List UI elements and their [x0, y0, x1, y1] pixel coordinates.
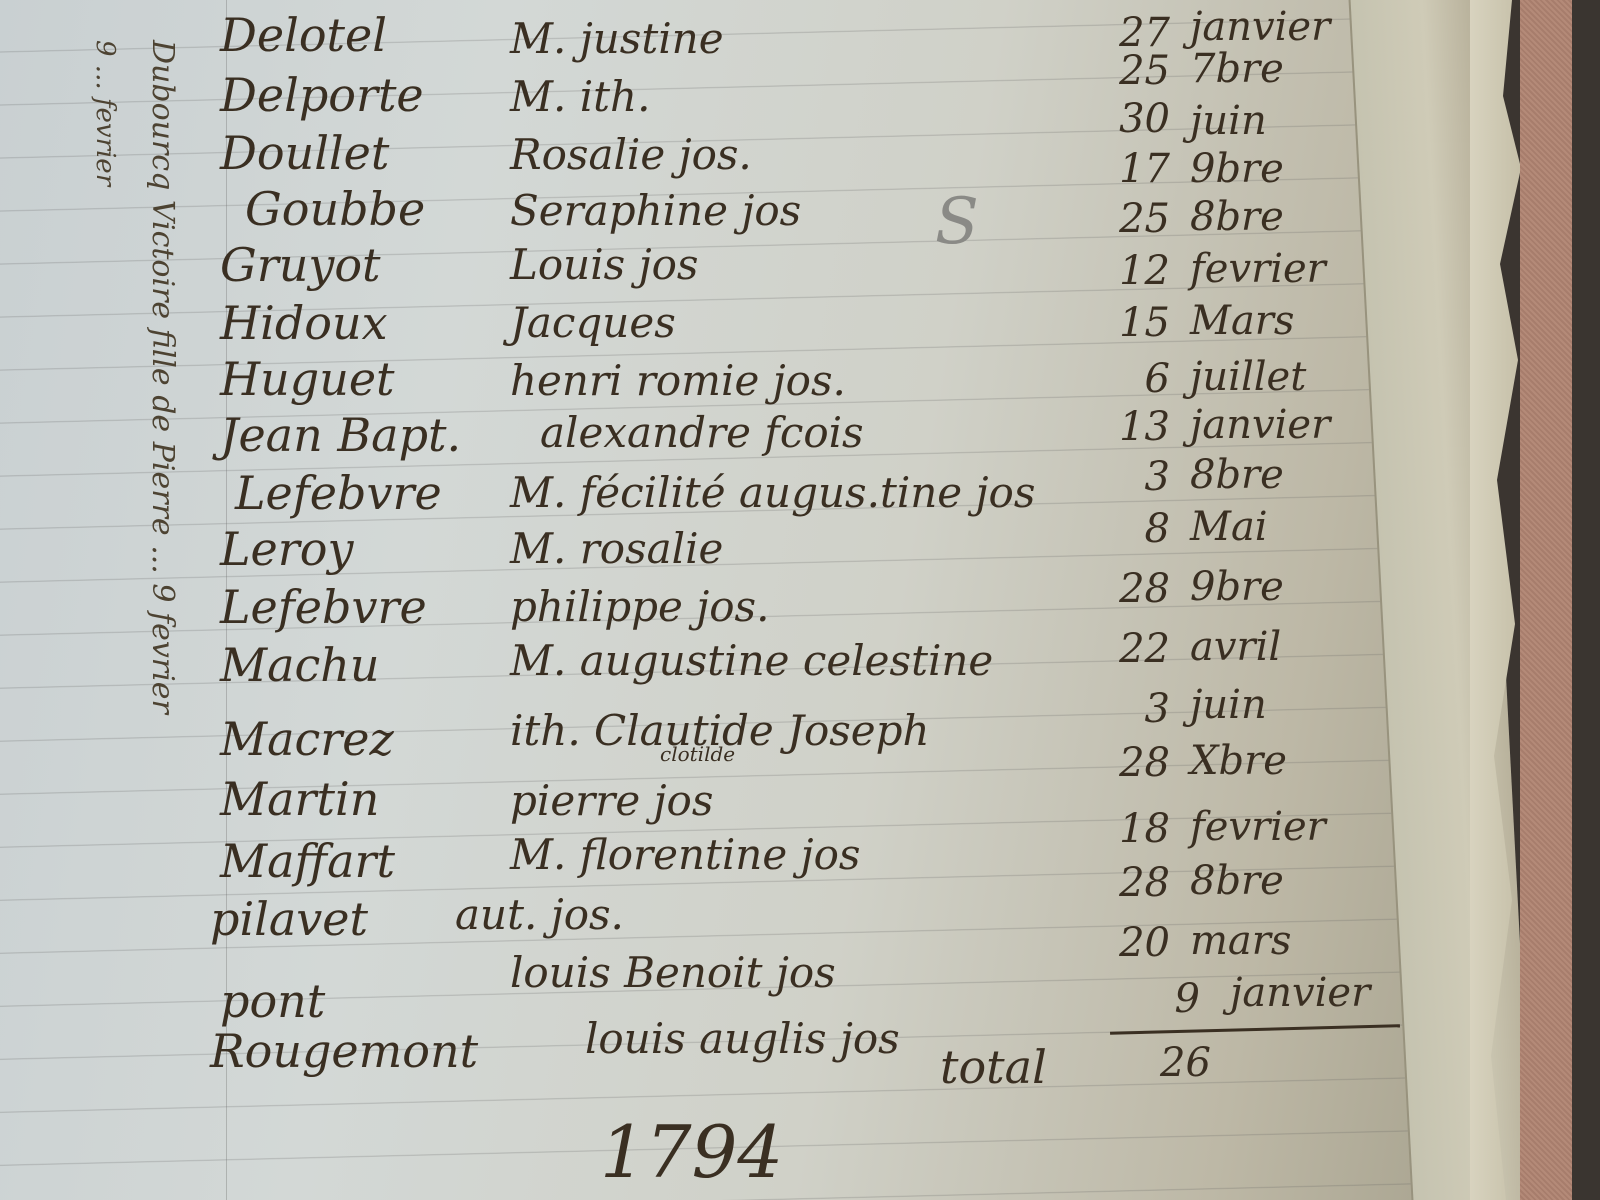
entry-day: 17 — [1110, 146, 1170, 192]
entry-month: juillet — [1190, 354, 1306, 400]
margin-note-vertical: Dubourcq Victoire fille de Pierre ... 9 … — [145, 40, 180, 1140]
entry-month: janvier — [1190, 4, 1330, 50]
entry-month: 8bre — [1190, 858, 1284, 904]
entry-day: 28 — [1110, 740, 1170, 786]
entry-month: juin — [1190, 98, 1267, 144]
entry-given-names: alexandre fcois — [540, 408, 864, 457]
entry-surname: Lefebvre — [220, 580, 427, 634]
entry-surname: Goubbe — [245, 182, 425, 236]
entry-surname: Delotel — [220, 8, 387, 62]
entry-day: 22 — [1110, 626, 1170, 672]
entry-surname: Maffart — [220, 834, 395, 888]
entry-surname: Martin — [220, 772, 379, 826]
entry-month: fevrier — [1190, 804, 1326, 850]
entry-month: juin — [1190, 682, 1267, 728]
entry-day: 20 — [1110, 920, 1170, 966]
entry-month: mars — [1190, 918, 1291, 964]
entry-surname: pilavet — [210, 892, 368, 946]
entry-day: 12 — [1110, 248, 1170, 294]
entry-month: janvier — [1230, 970, 1370, 1016]
entry-given-names: M. justine — [510, 14, 724, 63]
entry-month: 9bre — [1190, 146, 1284, 192]
entry-surname: Doullet — [220, 126, 389, 180]
total-label: total — [940, 1040, 1047, 1094]
entry-day: 6 — [1110, 356, 1170, 402]
entry-given-names: aut. jos. — [455, 890, 624, 939]
entry-given-names: Rosalie jos. — [510, 130, 752, 179]
entry-surname: Gruyot — [220, 238, 381, 292]
entry-day: 25 — [1110, 196, 1170, 242]
entry-month: Mai — [1190, 504, 1268, 550]
entry-given-names: M. rosalie — [510, 524, 723, 573]
entry-month: 9bre — [1190, 564, 1284, 610]
entry-given-names: Seraphine jos — [510, 186, 801, 235]
margin-note-vertical-secondary: 9 ... fevrier — [90, 40, 120, 1140]
entry-given-names: henri romie jos. — [510, 356, 846, 405]
entry-day: 3 — [1110, 454, 1170, 500]
entry-day: 9 — [1140, 976, 1200, 1022]
entry-month: Xbre — [1190, 738, 1287, 784]
entry-month: 8bre — [1190, 194, 1284, 240]
entry-given-names: Louis jos — [510, 240, 698, 289]
entry-surname: Delporte — [220, 68, 424, 122]
entry-day: 25 — [1110, 48, 1170, 94]
entry-month: avril — [1190, 624, 1281, 670]
entry-day: 15 — [1110, 300, 1170, 346]
entry-given-names: M. fécilité augus.tine jos — [510, 468, 1035, 517]
entry-month: Mars — [1190, 298, 1294, 344]
entry-surname: Huguet — [220, 352, 395, 406]
entry-given-names: louis auglis jos — [585, 1014, 900, 1063]
entry-given-names: M. florentine jos — [510, 830, 860, 879]
given-name-correction: clotilde — [660, 742, 735, 766]
total-value: 26 — [1160, 1040, 1211, 1086]
entry-day: 18 — [1110, 806, 1170, 852]
entry-month: fevrier — [1190, 246, 1326, 292]
pencil-mark: S — [935, 185, 979, 259]
entry-surname: Jean Bapt. — [220, 408, 461, 462]
entry-surname: pont — [220, 974, 325, 1028]
entry-surname: Leroy — [220, 522, 353, 576]
entry-surname: Machu — [220, 638, 380, 692]
entry-surname: Lefebvre — [235, 466, 442, 520]
entry-day: 8 — [1110, 506, 1170, 552]
register-page: Dubourcq Victoire fille de Pierre ... 9 … — [0, 0, 1460, 1200]
entry-day: 30 — [1110, 96, 1170, 142]
entry-given-names: M. augustine celestine — [510, 636, 993, 685]
background-shadow — [1572, 0, 1600, 1200]
entry-month: 8bre — [1190, 452, 1284, 498]
entry-month: 7bre — [1190, 46, 1284, 92]
entry-day: 13 — [1110, 404, 1170, 450]
entry-day: 28 — [1110, 860, 1170, 906]
entry-given-names: M. ith. — [510, 72, 650, 121]
entry-given-names: pierre jos — [510, 776, 713, 825]
entry-given-names: louis Benoit jos — [510, 948, 836, 997]
entry-given-names: Jacques — [510, 298, 676, 347]
entry-given-names: philippe jos. — [510, 582, 769, 631]
entry-surname: Macrez — [220, 712, 394, 766]
entry-surname: Rougemont — [210, 1024, 478, 1078]
entry-day: 28 — [1110, 566, 1170, 612]
total-rule — [1110, 1024, 1400, 1035]
year-footer: 1794 — [600, 1110, 783, 1194]
entry-surname: Hidoux — [220, 296, 388, 350]
entry-day: 3 — [1110, 686, 1170, 732]
entry-month: janvier — [1190, 402, 1330, 448]
